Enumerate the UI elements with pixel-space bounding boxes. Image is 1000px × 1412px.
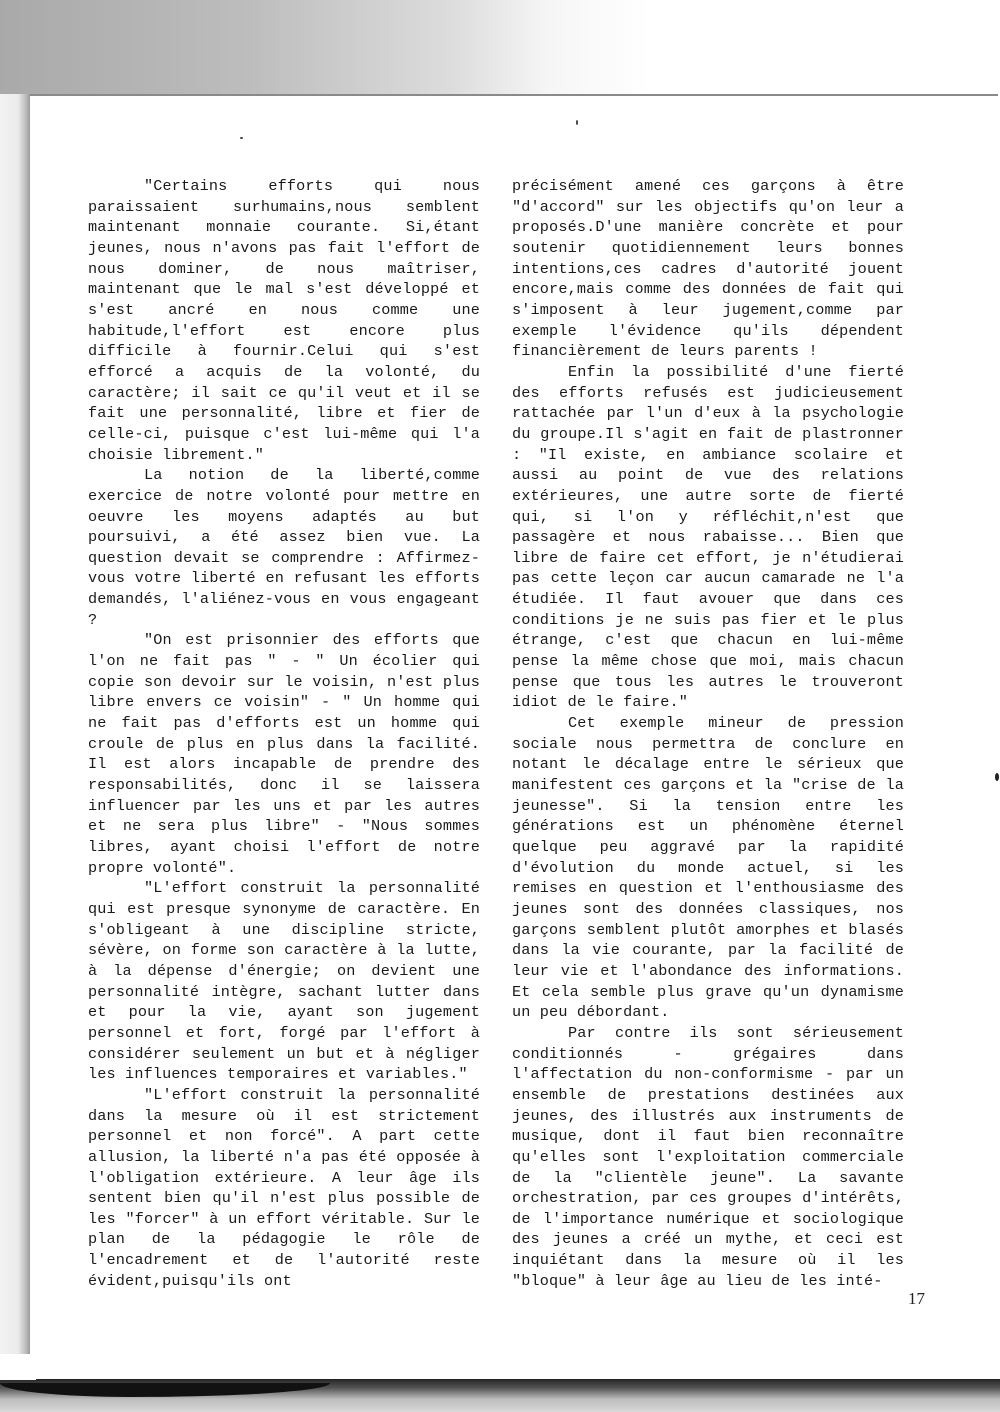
paragraph: "On est prisonnier des efforts que l'on … [88, 630, 480, 878]
left-text-column: "Certains efforts qui nous paraissaient … [88, 176, 480, 1291]
right-text-column: précisément amené ces garçons à être "d'… [512, 176, 904, 1291]
paragraph: Cet exemple mineur de pression sociale n… [512, 713, 904, 1023]
scan-speck [240, 137, 243, 139]
scan-speck [995, 773, 999, 781]
paragraph: "L'effort construit la personnalité dans… [88, 1085, 480, 1292]
scan-speck [576, 120, 578, 125]
scanner-background-top [0, 0, 1000, 96]
page-left-edge-shadow [0, 94, 30, 1354]
paragraph: Enfin la possibilité d'une fierté des ef… [512, 362, 904, 713]
paragraph: Par contre ils sont sérieusement conditi… [512, 1023, 904, 1292]
paragraph: précisément amené ces garçons à être "d'… [512, 176, 904, 362]
paragraph: "Certains efforts qui nous paraissaient … [88, 176, 480, 465]
page-number: 17 [908, 1289, 925, 1309]
paragraph: La notion de la liberté,comme exercice d… [88, 465, 480, 630]
paragraph: "L'effort construit la personnalité qui … [88, 878, 480, 1085]
